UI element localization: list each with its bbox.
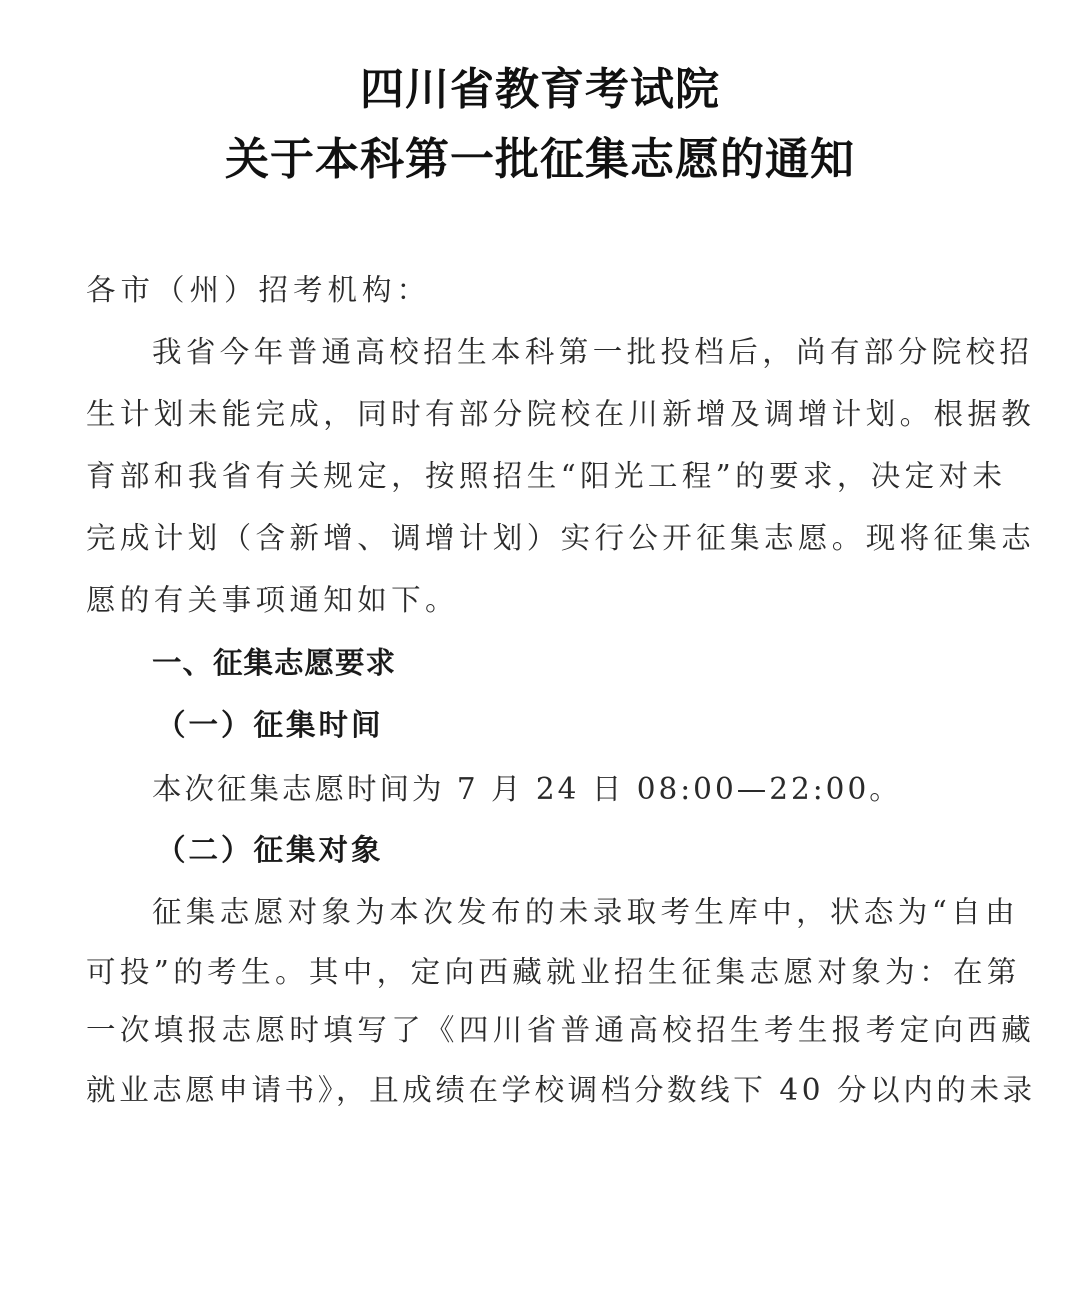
document-title-line2: 关于本科第一批征集志愿的通知	[0, 132, 1080, 188]
document-page: 四川省教育考试院 关于本科第一批征集志愿的通知 各市（州）招考机构： 我省今年普…	[0, 0, 1080, 1310]
paragraph-line: 育部和我省有关规定，按照招生“阳光工程”的要求，决定对未	[86, 456, 1006, 496]
paragraph-line: 征集志愿对象为本次发布的未录取考生库中，状态为“自由	[152, 892, 1072, 932]
collection-time-text: 本次征集志愿时间为 7 月 24 日 08:00—22:00。	[152, 769, 1072, 809]
paragraph-line: 愿的有关事项通知如下。	[86, 580, 1006, 620]
paragraph-line: 就业志愿申请书》，且成绩在学校调档分数线下 40 分以内的未录	[86, 1070, 1006, 1110]
paragraph-line: 我省今年普通高校招生本科第一批投档后，尚有部分院校招	[152, 332, 1072, 372]
paragraph-line: 生计划未能完成，同时有部分院校在川新增及调增计划。根据教	[86, 394, 1006, 434]
document-title-line1: 四川省教育考试院	[0, 62, 1080, 118]
subsection-heading-target: （二）征集对象	[156, 830, 1076, 870]
paragraph-line: 一次填报志愿时填写了《四川省普通高校招生考生报考定向西藏	[86, 1010, 1006, 1050]
salutation: 各市（州）招考机构：	[86, 270, 1006, 310]
section-heading: 一、征集志愿要求	[152, 643, 1072, 683]
subsection-heading-time: （一）征集时间	[156, 705, 1076, 745]
paragraph-line: 可投”的考生。其中，定向西藏就业招生征集志愿对象为：在第	[86, 952, 1006, 992]
paragraph-line: 完成计划（含新增、调增计划）实行公开征集志愿。现将征集志	[86, 518, 1006, 558]
